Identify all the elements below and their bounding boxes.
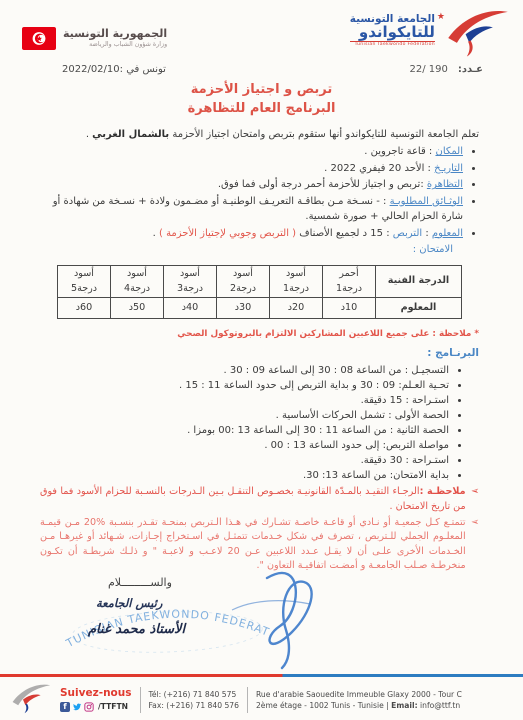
- arrow-bullet-icon: ➢: [471, 516, 479, 574]
- footer-tel: Tél: (+216) 71 840 575: [149, 689, 239, 700]
- note-text: تتمتـع كـل جمعيـة أو نـادي أو قاعـة خاصـ…: [40, 516, 466, 574]
- scanned-letter: الجمهورية التونسية وزارة شؤون الشباب وال…: [0, 0, 523, 720]
- letterhead: الجمهورية التونسية وزارة شؤون الشباب وال…: [0, 0, 523, 60]
- ref-number-value: 190 /22: [409, 64, 447, 75]
- fees-table: الدرجة الفنية أحمر درجة1 أسود درجة1 أسود…: [57, 265, 462, 320]
- social-handle: /TTFTN: [98, 702, 128, 711]
- footer-divider: [140, 687, 141, 713]
- event-value: :تربص و اجتياز للأحزمة أحمر درجة أولى فم…: [218, 179, 427, 190]
- government-header: الجمهورية التونسية وزارة شؤون الشباب وال…: [22, 8, 167, 60]
- intro-bold-region: بالشمال الغربي: [92, 129, 169, 140]
- footer-fax: Fax: (+216) 71 840 576: [149, 700, 239, 711]
- date-label: التاريـخ: [434, 163, 463, 174]
- grade-cell: أسود درجة4: [111, 265, 164, 298]
- ministry-subtitle: وزارة شؤون الشباب والرياضة: [63, 41, 167, 49]
- detail-event: التظاهرة :تربص و اجتياز للأحزمة أحمر درج…: [40, 177, 463, 193]
- intro-text: تعلم الجامعة التونسية للتايكواندو أنها س…: [169, 129, 479, 140]
- fee-value: : 15 د لجميع الأصناف: [296, 228, 393, 239]
- detail-documents: الوثـائق المطلوبـة : - نسـخة مـن بطاقـة …: [40, 194, 463, 225]
- event-label: التظاهرة: [427, 179, 463, 190]
- program-item: الحصة الأولى : تشمل الحركات الأساسية .: [40, 408, 449, 423]
- handwritten-signature-icon: [212, 570, 342, 674]
- republic-title: الجمهورية التونسية: [63, 27, 167, 41]
- legal-delay-note: ➢ ملاحظـة :الرجـاء التقيـد بالمـدّة القا…: [40, 485, 479, 514]
- date-value: : الأحد 20 فيفري 2022 .: [324, 163, 434, 174]
- fees-table-header-row: الدرجة الفنية أحمر درجة1 أسود درجة1 أسود…: [58, 265, 462, 298]
- grade-cell: أحمر درجة1: [323, 265, 376, 298]
- intro-paragraph: تعلم الجامعة التونسية للتايكواندو أنها س…: [40, 127, 479, 143]
- tunisia-flag-icon: [22, 27, 56, 50]
- footer: Suivez-nous f /TTFTN Tél: (+216) 71 840 …: [0, 674, 523, 720]
- program-item: مواصلة التربص: إلى حدود الساعة 13 : 00 .: [40, 438, 449, 453]
- footer-email-label: Email:: [391, 701, 417, 710]
- federation-header: الجامعة التونسية للتايكواندو Tunisian Ta…: [350, 8, 509, 60]
- twitter-icon: [72, 702, 82, 712]
- facebook-icon: f: [60, 702, 70, 712]
- star-icon: ★: [437, 8, 445, 22]
- date-line: تونس في :2022/02/10: [62, 64, 166, 75]
- program-label: البرنـامج :: [40, 345, 479, 361]
- grade-cell: أسود درجة5: [58, 265, 111, 298]
- detail-date: التاريـخ : الأحد 20 فيفري 2022 .: [40, 161, 463, 177]
- program-item: تحـية العـلم: 09 : 30 و بداية التربص إلى…: [40, 378, 449, 393]
- grade-column-header: الدرجة الفنية: [376, 265, 462, 298]
- fee-sep: :: [422, 228, 432, 239]
- note-label: ملاحظـة :: [420, 486, 466, 497]
- place-value: : قاعة تاجروين .: [364, 146, 435, 157]
- club-grant-note: ➢ تتمتـع كـل جمعيـة أو نـادي أو قاعـة خا…: [40, 516, 479, 574]
- follow-us-label: Suivez-nous: [60, 688, 132, 700]
- program-item: استـراحة : 30 دقيقة.: [40, 453, 449, 468]
- fee-cell: 60د: [58, 298, 111, 319]
- fee-mandatory-note: ( التربص وجوبي لإجتياز الأحزمة ): [159, 228, 296, 239]
- note-text: الرجـاء التقيـد بالمـدّة القانونيـة بخصـ…: [40, 486, 466, 511]
- signature-block: والســـــــــلام رئيس الجامعة TUNISIAN T…: [0, 576, 523, 668]
- program-item: الحصة الثانية : من الساعة 11 : 30 إلى ال…: [40, 423, 449, 438]
- federation-name-ar2: للتايكواندو: [350, 25, 435, 41]
- grade-cell: أسود درجة1: [270, 265, 323, 298]
- instagram-icon: [84, 702, 94, 712]
- exam-label: الامتحان :: [40, 242, 479, 258]
- footer-divider: [247, 687, 248, 713]
- health-protocol-note: * ملاحظة : على جميع اللاعبين المشاركين ا…: [40, 328, 479, 342]
- world-taekwondo-logo-icon: [10, 682, 52, 718]
- program-item: استـراحة : 15 دقيقة.: [40, 393, 449, 408]
- fee-cell: 40د: [164, 298, 217, 319]
- footer-address-text: 2ème étage - 1002 Tunis - Tunisie: [256, 701, 384, 710]
- letter-body: تعلم الجامعة التونسية للتايكواندو أنها س…: [0, 119, 523, 574]
- federation-name-en: Tunisian Taekwondo Federation: [350, 41, 435, 48]
- title-line-2: البرنامج العام للتظاهرة: [0, 100, 523, 119]
- fee-cell: 30د: [217, 298, 270, 319]
- footer-address-line2: 2ème étage - 1002 Tunis - Tunisie | Emai…: [256, 700, 462, 711]
- fees-table-value-row: المعلوم 10د 20د 30د 40د 50د 60د: [58, 298, 462, 319]
- program-list: التسجيـل : من الساعة 08 : 30 إلى الساعة …: [40, 363, 479, 483]
- program-item: بداية الامتحان: من الساعة 13: 30.: [40, 468, 449, 483]
- signatory-name: الأستاذ محمد غنام: [88, 622, 185, 637]
- details-list: المكان : قاعة تاجروين . التاريـخ : الأحد…: [40, 144, 479, 241]
- detail-fee: المعلوم : التربص : 15 د لجميع الأصناف ( …: [40, 226, 463, 242]
- ref-number-label: عـدد:: [458, 64, 483, 75]
- ref-date-line: عـدد: 190 /22 تونس في :2022/02/10: [0, 60, 523, 75]
- title-line-1: تربص و اجتياز الأحزمة: [0, 81, 523, 100]
- footer-email: info@ttf.tn: [420, 701, 460, 710]
- detail-place: المكان : قاعة تاجروين .: [40, 144, 463, 160]
- grade-cell: أسود درجة3: [164, 265, 217, 298]
- program-item: التسجيـل : من الساعة 08 : 30 إلى الساعة …: [40, 363, 449, 378]
- grade-cell: أسود درجة2: [217, 265, 270, 298]
- documents-label: الوثـائق المطلوبـة: [390, 196, 463, 207]
- closing-salutation: والســـــــــلام: [108, 576, 172, 589]
- fee-cell: 50د: [111, 298, 164, 319]
- place-label: المكان: [435, 146, 463, 157]
- fee-cell: 10د: [323, 298, 376, 319]
- fee-row-header: المعلوم: [376, 298, 462, 319]
- footer-address-line1: Rue d'arabie Saouedite Immeuble Glaxy 20…: [256, 689, 462, 700]
- fee-label: المعلوم: [432, 228, 463, 239]
- fee-cell: 20د: [270, 298, 323, 319]
- taekwondo-kick-logo-icon: [447, 8, 509, 62]
- arrow-bullet-icon: ➢: [471, 485, 479, 514]
- fee-label2: التربص: [393, 228, 422, 239]
- document-title: تربص و اجتياز الأحزمة البرنامج العام للت…: [0, 81, 523, 119]
